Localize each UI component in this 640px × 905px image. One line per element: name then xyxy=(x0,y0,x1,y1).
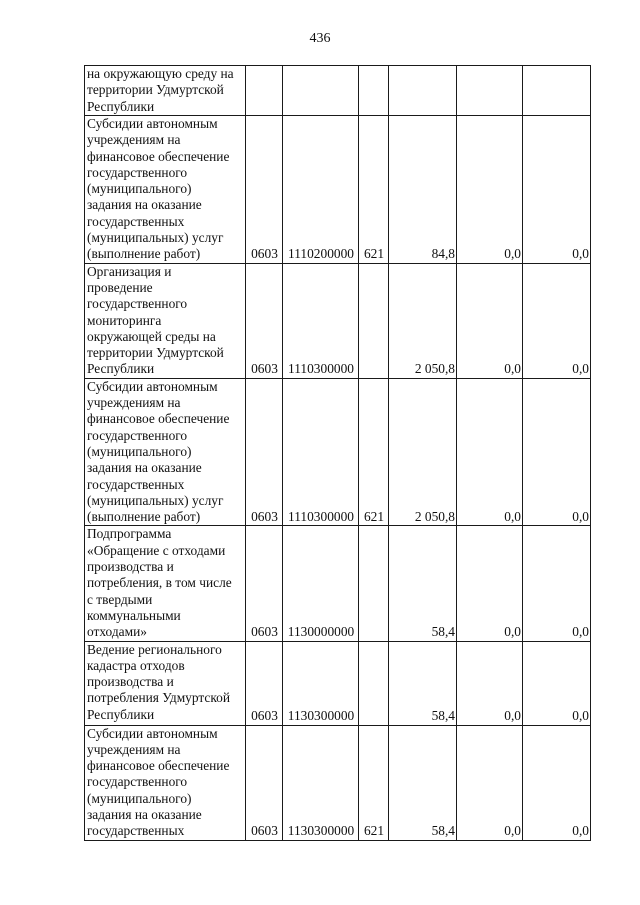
amount-year-1 xyxy=(389,66,457,116)
table-row: Подпрограмма «Обращение с отходами произ… xyxy=(85,526,591,641)
amount-year-3: 0,0 xyxy=(523,526,591,641)
amount-year-2 xyxy=(457,66,523,116)
page-number: 436 xyxy=(0,31,640,47)
table-row: на окружающую среду на территории Удмурт… xyxy=(85,66,591,116)
table-row: Субсидии автономным учреждениям на финан… xyxy=(85,378,591,526)
row-name: Ведение регионального кадастра отходов п… xyxy=(85,641,246,725)
amount-year-2: 0,0 xyxy=(457,641,523,725)
amount-year-1: 58,4 xyxy=(389,641,457,725)
row-name: Субсидии автономным учреждениям на финан… xyxy=(85,378,246,526)
expense-type-code: 621 xyxy=(359,725,389,840)
expense-type-code xyxy=(359,526,389,641)
amount-year-1: 58,4 xyxy=(389,526,457,641)
amount-year-3: 0,0 xyxy=(523,116,591,264)
row-name: на окружающую среду на территории Удмурт… xyxy=(85,66,246,116)
amount-year-1: 2 050,8 xyxy=(389,378,457,526)
amount-year-1: 84,8 xyxy=(389,116,457,264)
row-name: Субсидии автономным учреждениям на финан… xyxy=(85,116,246,264)
section-code: 0603 xyxy=(246,725,283,840)
target-article-code: 1130300000 xyxy=(283,725,359,840)
table-row: Организация и проведение государственног… xyxy=(85,263,591,378)
section-code xyxy=(246,66,283,116)
row-name: Субсидии автономным учреждениям на финан… xyxy=(85,725,246,840)
expense-type-code: 621 xyxy=(359,116,389,264)
budget-table: на окружающую среду на территории Удмурт… xyxy=(84,65,591,841)
section-code: 0603 xyxy=(246,378,283,526)
row-name: Организация и проведение государственног… xyxy=(85,263,246,378)
target-article-code: 1130300000 xyxy=(283,641,359,725)
target-article-code: 1110300000 xyxy=(283,378,359,526)
section-code: 0603 xyxy=(246,263,283,378)
table-row: Субсидии автономным учреждениям на финан… xyxy=(85,725,591,840)
table-row: Субсидии автономным учреждениям на финан… xyxy=(85,116,591,264)
amount-year-2: 0,0 xyxy=(457,378,523,526)
amount-year-2: 0,0 xyxy=(457,526,523,641)
amount-year-1: 2 050,8 xyxy=(389,263,457,378)
amount-year-2: 0,0 xyxy=(457,116,523,264)
expense-type-code xyxy=(359,641,389,725)
expense-type-code xyxy=(359,66,389,116)
amount-year-2: 0,0 xyxy=(457,725,523,840)
amount-year-3: 0,0 xyxy=(523,641,591,725)
amount-year-3 xyxy=(523,66,591,116)
section-code: 0603 xyxy=(246,116,283,264)
amount-year-3: 0,0 xyxy=(523,378,591,526)
expense-type-code xyxy=(359,263,389,378)
target-article-code xyxy=(283,66,359,116)
target-article-code: 1130000000 xyxy=(283,526,359,641)
section-code: 0603 xyxy=(246,526,283,641)
section-code: 0603 xyxy=(246,641,283,725)
target-article-code: 1110200000 xyxy=(283,116,359,264)
amount-year-2: 0,0 xyxy=(457,263,523,378)
table-row: Ведение регионального кадастра отходов п… xyxy=(85,641,591,725)
row-name: Подпрограмма «Обращение с отходами произ… xyxy=(85,526,246,641)
amount-year-3: 0,0 xyxy=(523,725,591,840)
amount-year-1: 58,4 xyxy=(389,725,457,840)
expense-type-code: 621 xyxy=(359,378,389,526)
amount-year-3: 0,0 xyxy=(523,263,591,378)
target-article-code: 1110300000 xyxy=(283,263,359,378)
